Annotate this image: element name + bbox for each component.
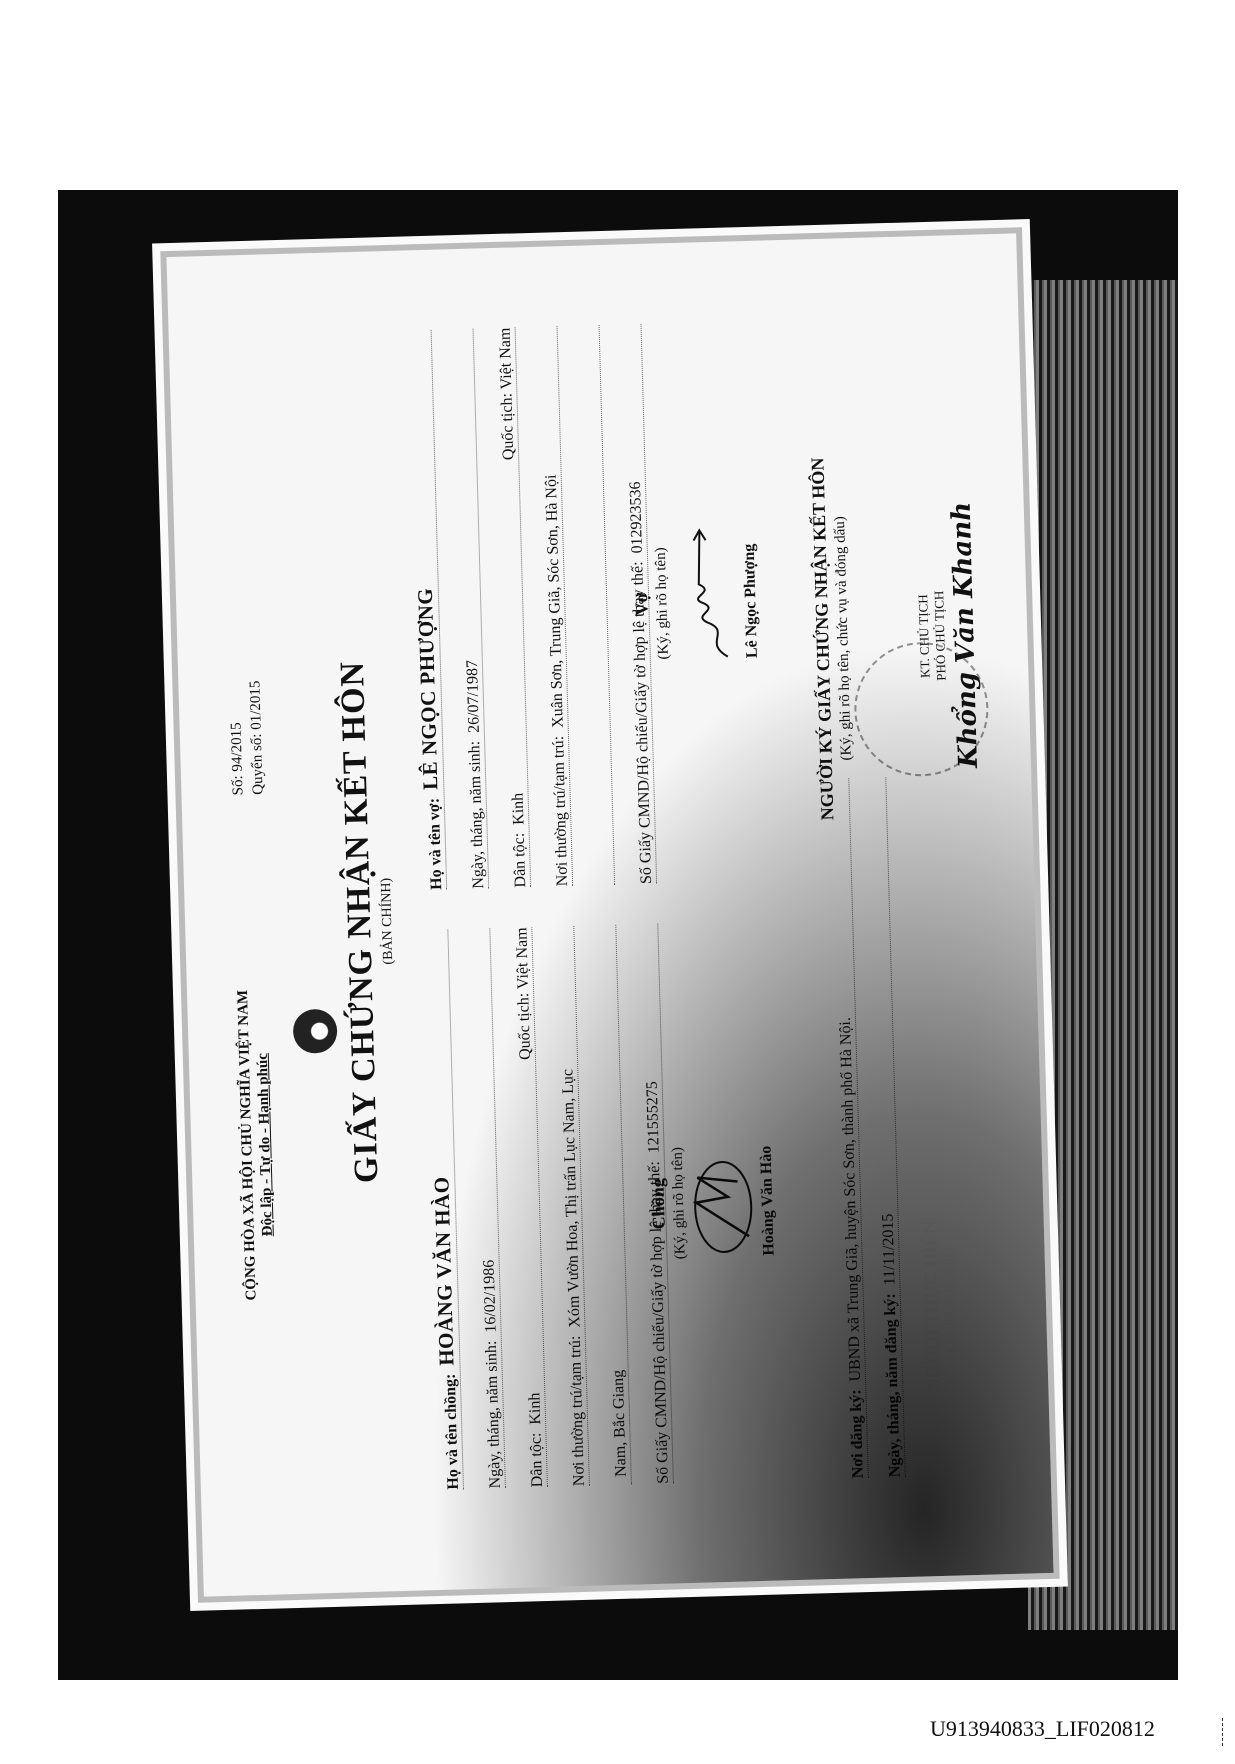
book-label: Quyển số: (249, 733, 267, 795)
wife-signature-block: Vợ (Ký, ghi rõ họ tên) Lê Ngọc Phượng (627, 451, 764, 754)
husband-signature-icon (683, 1051, 761, 1353)
wife-signature-icon (667, 451, 745, 753)
wife-dob-label: Ngày, tháng, năm sinh: (465, 741, 488, 889)
wife-name-label: Họ và tên vợ: (424, 798, 446, 890)
book-number: 01/2015 (248, 680, 265, 730)
registry-numbers: Số: 94/2015 Quyển số: 01/2015 (225, 680, 269, 795)
registration-date-label: Ngày, tháng, năm đăng ký: (880, 1293, 904, 1478)
executor-block: NGƯỜI THỰC HIỆN (Ký, ghi rõ họ tên) (917, 1155, 964, 1456)
husband-ethnicity-label: Dân tộc: (526, 1432, 547, 1487)
national-emblem-icon (293, 1009, 338, 1054)
wife-residence-label: Nơi thường trú/tạm trú: (549, 736, 572, 887)
certificate-content: CỘNG HÒA XÃ HỘI CHỦ NGHĨA VIỆT NAM Độc l… (203, 274, 1018, 1555)
registration-place-label: Nơi đăng ký: (846, 1389, 868, 1478)
wife-nationality: Việt Nam (496, 327, 515, 389)
certificate-number: 94/2015 (228, 722, 245, 772)
wife-ethnicity: Kinh (508, 793, 528, 834)
wife-details: Họ và tên vợ: LÊ NGỌC PHƯỢNG Ngày, tháng… (394, 324, 662, 891)
margin-mark (1222, 1718, 1224, 1746)
husband-residence-label: Nơi thường trú/tạm trú: (566, 1335, 589, 1486)
husband-ethnicity: Kinh (525, 1392, 545, 1433)
husband-residence: Xóm Vườn Hoa, Thị trấn Lục Nam, Lục (558, 1069, 585, 1336)
wife-residence: Xuân Sơn, Trung Giã, Sóc Sơn, Hà Nội (541, 474, 567, 736)
husband-residence-cont: Nam, Bắc Giang (609, 1370, 631, 1486)
document-id: U913940833_LIF020812 (930, 1716, 1155, 1742)
wife-ethnicity-label: Dân tộc: (509, 833, 530, 888)
registration-date: 11/11/2015 (878, 1213, 899, 1293)
husband-nationality-label: Quốc tịch: (515, 993, 534, 1061)
husband-name-label: Họ và tên chồng: (441, 1373, 463, 1489)
husband-name: HOÀNG VĂN HÀO (429, 1176, 460, 1374)
husband-signature-block: Chồng (Ký, ghi rõ họ tên) Hoàng Văn Hào (644, 1051, 781, 1354)
marriage-certificate: CỘNG HÒA XÃ HỘI CHỦ NGHĨA VIỆT NAM Độc l… (166, 233, 1053, 1596)
wife-dob: 26/07/1987 (463, 660, 484, 741)
wife-nationality-label: Quốc tịch: (498, 393, 517, 461)
wife-name: LÊ NGỌC PHƯỢNG (413, 587, 444, 798)
husband-details: Họ và tên chồng: HOÀNG VĂN HÀO Ngày, thá… (410, 924, 678, 1491)
signer-block: NGƯỜI KÝ GIẤY CHỨNG NHẬN KẾT HÔN (Ký, gh… (805, 375, 989, 900)
husband-dob: 16/02/1986 (479, 1260, 500, 1341)
husband-dob-label: Ngày, tháng, năm sinh: (482, 1340, 505, 1488)
husband-nationality: Việt Nam (513, 927, 532, 989)
national-header: CỘNG HÒA XÃ HỘI CHỦ NGHĨA VIỆT NAM Độc l… (232, 935, 280, 1356)
number-label: Số: (230, 775, 247, 795)
